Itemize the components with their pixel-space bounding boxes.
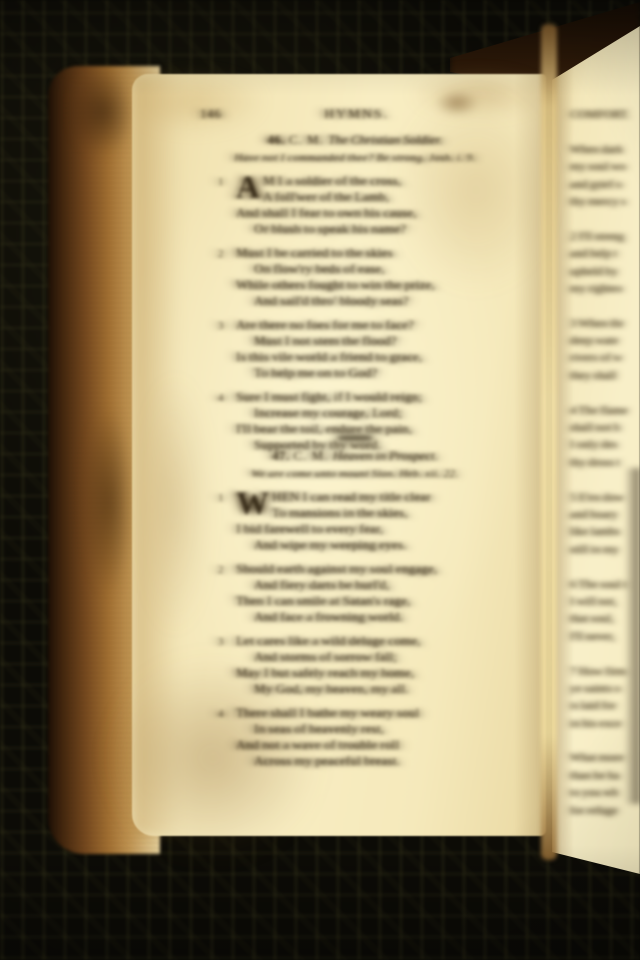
verse-line: And shall I fear to own his cause,	[236, 205, 490, 221]
stanza: 4There shall I bathe my weary soulIn sea…	[220, 705, 490, 769]
right-page-text-line: they shall	[570, 367, 640, 384]
verse-line: A foll'wer of the Lamb,	[254, 189, 490, 205]
verse-line: And not a wave of trouble roll	[236, 737, 490, 753]
hymn-meter: C. M.	[293, 448, 332, 463]
hymn-title: The Christian Soldier.	[328, 132, 443, 147]
right-page-text-line: my righteo	[570, 280, 640, 297]
verse-line: In seas of heavenly rest,	[254, 721, 490, 737]
verse-line: Are there no foes for me to face?	[236, 317, 490, 333]
right-page-text-line: my soul wo	[570, 158, 640, 175]
right-page-text-line: upheld by	[570, 263, 640, 280]
right-page-text-line: for refuge	[570, 802, 640, 819]
drop-cap: W	[236, 490, 269, 518]
right-page-text-line: shall not h	[570, 419, 640, 436]
left-page: 146 HYMNS. 46. C. M. The Christian Soldi…	[132, 74, 546, 836]
stanza-number: 3	[218, 634, 224, 650]
right-page-text-line: rivers of w	[570, 349, 640, 366]
stanza-number: 4	[218, 706, 224, 722]
verse-line: Across my peaceful breast.	[254, 753, 490, 769]
stain-mid-left	[140, 374, 210, 634]
stanza-number: 1	[218, 174, 224, 190]
hymn-separator	[338, 436, 372, 440]
hymn-scripture-line: Have not I commanded thee? Be strong. Jo…	[220, 150, 490, 166]
stanza: 1AM I a soldier of the cross,A foll'wer …	[220, 173, 490, 237]
hymn-meter: C. M.	[289, 132, 328, 147]
verse-line: My God, my heaven, my all.	[254, 681, 490, 697]
verse-line: Must I be carried to the skies	[236, 245, 490, 261]
hymn-number: 46.	[267, 132, 289, 147]
fore-edge-top-stain	[68, 66, 138, 156]
right-page-line-gap	[570, 123, 640, 140]
verse-line: And face a frowning world.	[254, 609, 490, 625]
stain-top-left	[126, 70, 266, 134]
verse-line: Sure I must fight, if I would reign;	[236, 389, 490, 405]
stanza-number: 2	[218, 246, 224, 262]
hymn-heading: 46. C. M. The Christian Soldier.	[220, 132, 490, 148]
stanza-number: 1	[218, 490, 224, 506]
verse-line: And sail'd thro' bloody seas?	[254, 293, 490, 309]
hymn-heading: 47. C. M. Heaven in Prospect.	[220, 448, 490, 464]
right-page-line-gap	[570, 210, 640, 227]
right-page-text-line: thy mercy s	[570, 193, 640, 210]
verse-line: WHEN I can read my title clear	[236, 489, 490, 505]
stanza: 1WHEN I can read my title clearTo mansio…	[220, 489, 490, 553]
verse-line: Then I can smile at Satan's rage,	[236, 593, 490, 609]
right-page-text-line: When dark	[570, 141, 640, 158]
hymn-section-1: 46. C. M. The Christian Soldier.Have not…	[220, 132, 490, 461]
right-page-edge-shadow	[624, 468, 640, 804]
verse-line: To mansions in the skies,	[254, 505, 490, 521]
right-page-text-line: 3 When thr	[570, 315, 640, 332]
right-page-text-line: I only des	[570, 436, 640, 453]
verse-line: Should earth against my soul engage,	[236, 561, 490, 577]
right-page-text-line: and grief o	[570, 176, 640, 193]
stain-left-band	[132, 74, 180, 836]
fore-edge-stain	[82, 406, 136, 596]
verse-line: Must I not stem the flood?	[254, 333, 490, 349]
right-page-text-line: and help t	[570, 245, 640, 262]
right-page-line-gap	[570, 384, 640, 401]
hymn-section-2: 47. C. M. Heaven in Prospect.We are come…	[220, 434, 490, 777]
right-page-text-line: 2 I'll streng	[570, 228, 640, 245]
verse-line: May I but safely reach my home,	[236, 665, 490, 681]
verse-line: And storms of sorrow fall;	[254, 649, 490, 665]
verse-line: There shall I bathe my weary soul	[236, 705, 490, 721]
verse-line: And wipe my weeping eyes.	[254, 537, 490, 553]
right-page-text-line: deep wate	[570, 332, 640, 349]
stanza: 2Should earth against my soul engage,And…	[220, 561, 490, 625]
verse-line: Or blush to speak his name?	[254, 221, 490, 237]
right-page-text-line: 4 The flame	[570, 402, 640, 419]
right-page-line-gap	[570, 297, 640, 314]
drop-cap: A	[236, 174, 260, 202]
verse-line: Let cares like a wild deluge come,	[236, 633, 490, 649]
page-header-row: 146 HYMNS.	[192, 106, 522, 124]
stanza-number: 2	[218, 562, 224, 578]
stanza: 3Let cares like a wild deluge come,And s…	[220, 633, 490, 697]
hymn-title: Heaven in Prospect.	[333, 448, 438, 463]
verse-line: To help me on to God?	[254, 365, 490, 381]
verse-line: While others fought to win the prize,	[236, 277, 490, 293]
verse-line: And fiery darts be hurl'd,	[254, 577, 490, 593]
right-page-text-line: COMFORT.	[570, 106, 640, 123]
verse-line: Is this vile world a friend to grace,	[236, 349, 490, 365]
verse-line: AM I a soldier of the cross,	[236, 173, 490, 189]
stanza: 3Are there no foes for me to face?Must I…	[220, 317, 490, 381]
stanza-number: 3	[218, 318, 224, 334]
verse-line: Increase my courage, Lord;	[254, 405, 490, 421]
verse-line: On flow'ry beds of ease,	[254, 261, 490, 277]
page-edge-highlight	[541, 24, 557, 860]
running-header: HYMNS.	[192, 106, 522, 122]
stanza: 2Must I be carried to the skiesOn flow'r…	[220, 245, 490, 309]
stanza-number: 4	[218, 390, 224, 406]
hymn-number: 47.	[272, 448, 294, 463]
hymn-scripture-line: We are come unto mount Sion. Heb. xii. 2…	[220, 466, 490, 482]
right-page: COMFORT.When darkmy soul woand grief oth…	[552, 0, 640, 960]
verse-line: I bid farewell to every fear,	[236, 521, 490, 537]
